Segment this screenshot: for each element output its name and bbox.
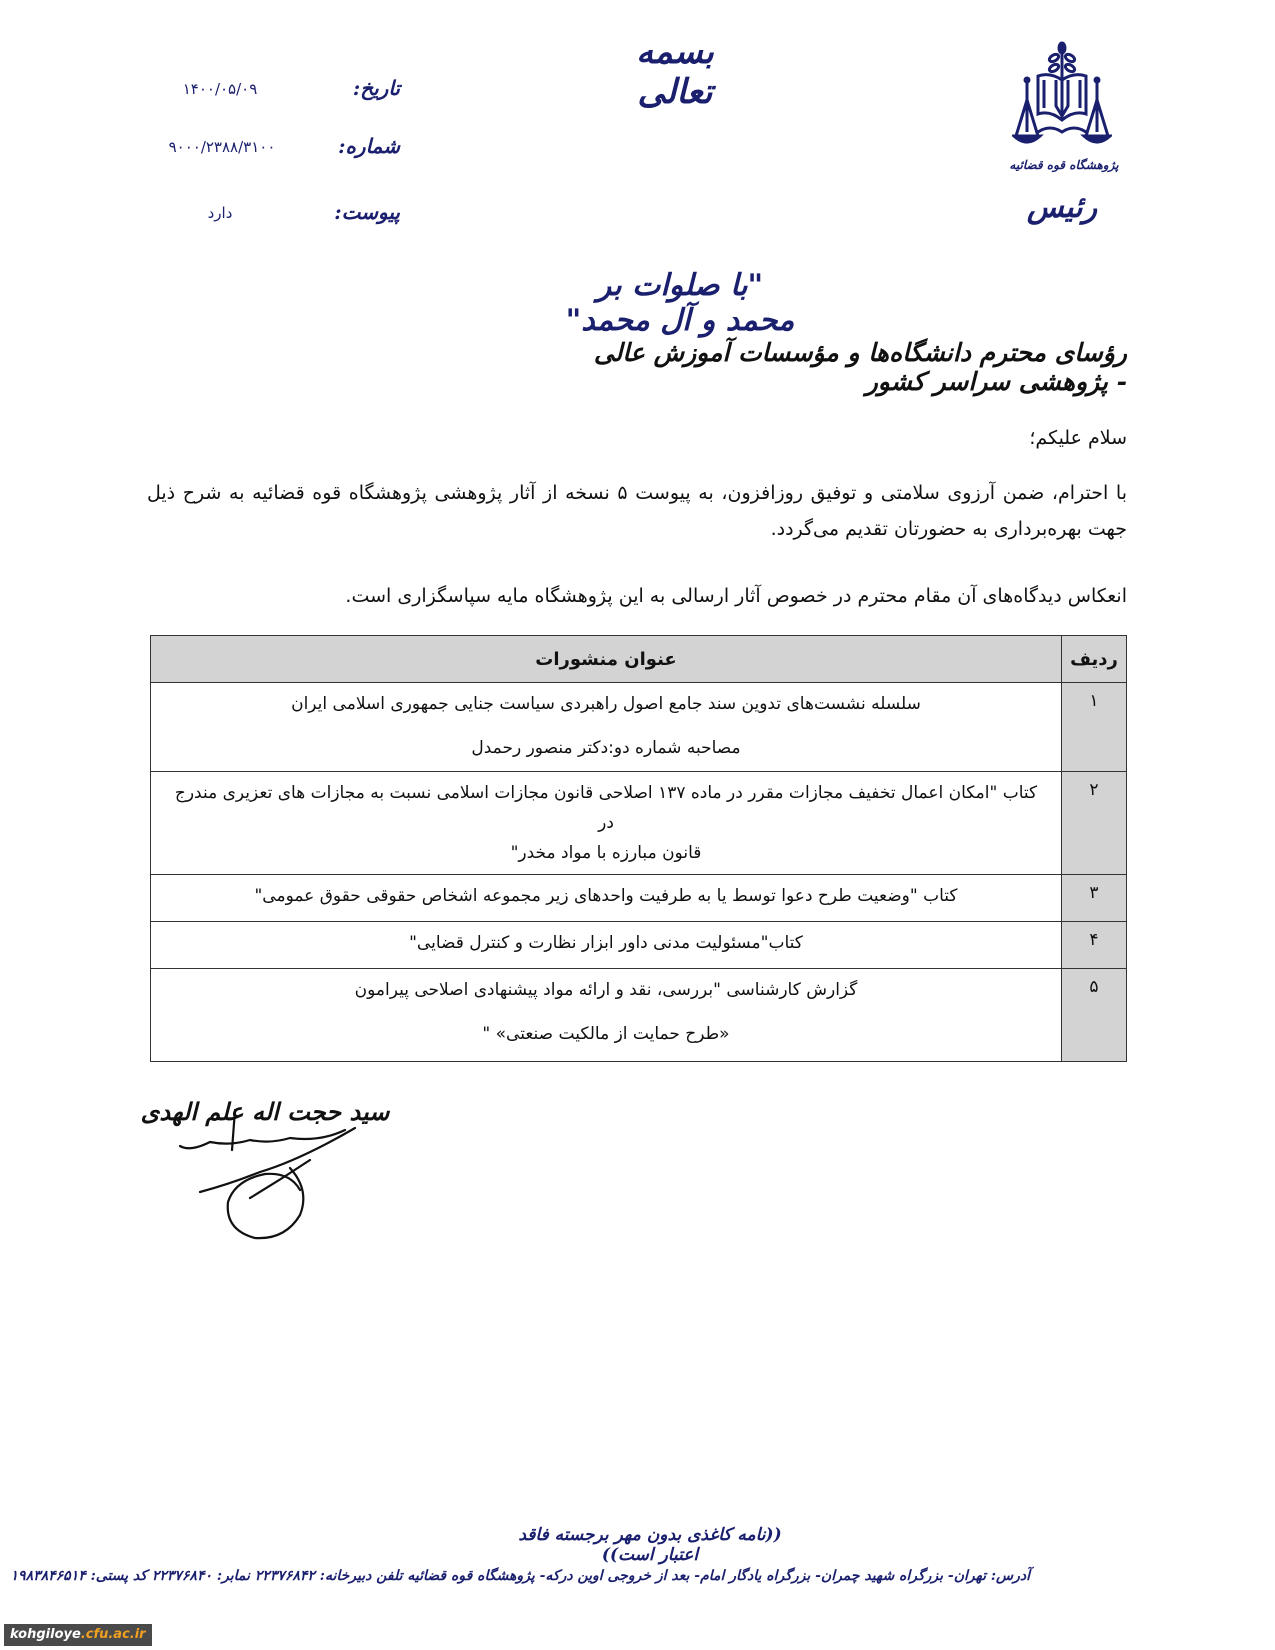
handwritten-signature-icon: سید حجت اله علم الهدی (140, 1080, 390, 1250)
addressee: رؤسای محترم دانشگاه‌ها و مؤسسات آموزش عا… (587, 338, 1127, 396)
title-line-1: سلسله نشست‌های تدوین سند جامع اصول راهبر… (291, 694, 921, 714)
body-paragraph-1: با احترام، ضمن آرزوی سلامتی و توفیق روزا… (147, 475, 1127, 547)
column-header-row-number: ردیف (1062, 636, 1127, 683)
publication-title: گزارش کارشناسی "بررسی، نقد و ارائه مواد … (151, 969, 1062, 1062)
number-value: ۹۰۰۰/۲۳۸۸/۳۱۰۰ (102, 138, 342, 156)
watermark-part-1: kohgiloye (10, 1627, 81, 1642)
attachment-value: دارد (110, 204, 330, 222)
row-number: ۱ (1062, 683, 1127, 772)
watermark-part-2: .cfu.ac.ir (81, 1627, 146, 1642)
title-line-1: کتاب "وضعیت طرح دعوا توسط یا به طرفیت وا… (254, 886, 957, 906)
table-header-row: ردیف عنوان منشورات (151, 636, 1127, 683)
title-line-1: گزارش کارشناسی "بررسی، نقد و ارائه مواد … (355, 980, 858, 1000)
attachment-label: پیوست: (334, 200, 400, 224)
row-number: ۳ (1062, 875, 1127, 922)
table-row: ۳ کتاب "وضعیت طرح دعوا توسط یا به طرفیت … (151, 875, 1127, 922)
publication-title: سلسله نشست‌های تدوین سند جامع اصول راهبر… (151, 683, 1062, 772)
title-line-2: قانون مبارزه با مواد مخدر" (165, 838, 1047, 868)
institute-logo: پژوهشگاه قوه قضائیه رئیس (1012, 40, 1112, 240)
title-line-1: کتاب "امکان اعمال تخفیف مجازات مقرر در م… (175, 783, 1037, 833)
attachment-row: پیوست: دارد (110, 200, 400, 230)
greeting: سلام علیکم؛ (727, 420, 1127, 456)
table-row: ۴ کتاب"مسئولیت مدنی داور ابزار نظارت و ک… (151, 922, 1127, 969)
publication-title: کتاب "وضعیت طرح دعوا توسط یا به طرفیت وا… (151, 875, 1062, 922)
logo-caption: پژوهشگاه قوه قضائیه (1004, 158, 1124, 172)
table-row: ۱ سلسله نشست‌های تدوین سند جامع اصول راه… (151, 683, 1127, 772)
scales-and-book-emblem-icon (1012, 40, 1112, 158)
column-header-title: عنوان منشورات (151, 636, 1062, 683)
signature: سید حجت اله علم الهدی (140, 1080, 390, 1250)
date-value: ۱۴۰۰/۰۵/۰۹ (110, 80, 330, 98)
salawat-line: "با صلوات بر محمد و آل محمد" (560, 268, 800, 338)
number-label: شماره: (338, 134, 400, 158)
publications-table: ردیف عنوان منشورات ۱ سلسله نشست‌های تدوی… (150, 635, 1127, 1062)
signatory-role: رئیس (1012, 190, 1112, 225)
date-label: تاریخ: (353, 76, 400, 100)
title-line-1: کتاب"مسئولیت مدنی داور ابزار نظارت و کنت… (409, 933, 803, 953)
title-line-2: «طرح حمایت از مالکیت صنعتی» " (165, 1019, 1047, 1049)
number-row: شماره: ۹۰۰۰/۲۳۸۸/۳۱۰۰ (110, 134, 400, 164)
table-row: ۲ کتاب "امکان اعمال تخفیف مجازات مقرر در… (151, 772, 1127, 875)
row-number: ۲ (1062, 772, 1127, 875)
row-number: ۴ (1062, 922, 1127, 969)
publication-title: کتاب"مسئولیت مدنی داور ابزار نظارت و کنت… (151, 922, 1062, 969)
footer-address: آدرس: تهران- بزرگراه شهید چمران- بزرگراه… (250, 1568, 1030, 1584)
footer-validity-note: ((نامه کاغذی بدون مهر برجسته فاقد اعتبار… (500, 1525, 800, 1565)
bismillah-heading: بسمه تعالی (600, 32, 750, 112)
table-row: ۵ گزارش کارشناسی "بررسی، نقد و ارائه موا… (151, 969, 1127, 1062)
site-watermark: kohgiloye.cfu.ac.ir (4, 1624, 152, 1646)
date-row: تاریخ: ۱۴۰۰/۰۵/۰۹ (110, 76, 400, 106)
publication-title: کتاب "امکان اعمال تخفیف مجازات مقرر در م… (151, 772, 1062, 875)
svg-text:سید حجت اله علم الهدی: سید حجت اله علم الهدی (141, 1097, 390, 1127)
row-number: ۵ (1062, 969, 1127, 1062)
title-line-2: مصاحبه شماره دو:دکتر منصور رحمدل (165, 733, 1047, 763)
body-paragraph-2: انعکاس دیدگاه‌های آن مقام محترم در خصوص … (147, 578, 1127, 614)
